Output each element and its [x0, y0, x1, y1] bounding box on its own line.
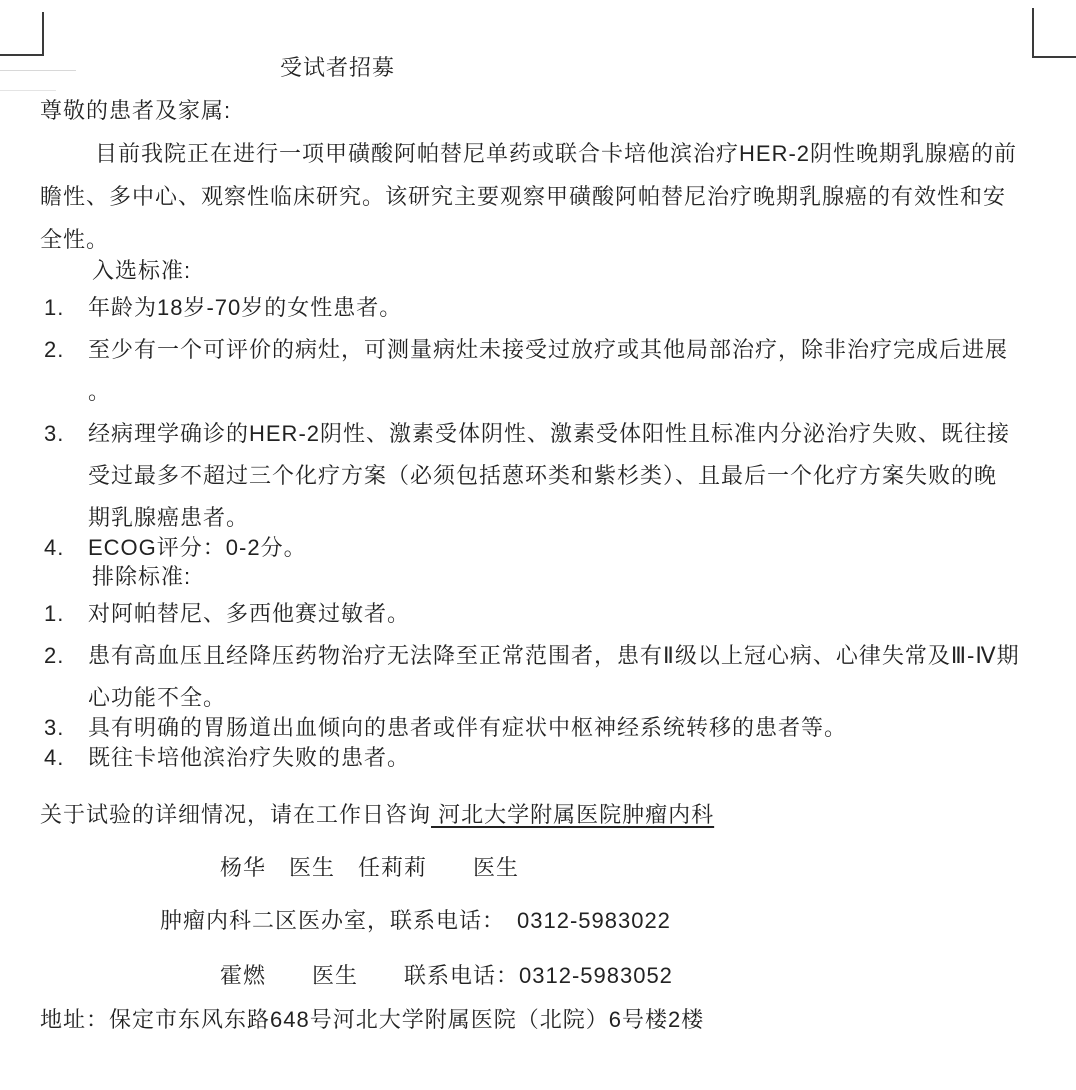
crop-mark-top-right: [1032, 8, 1076, 58]
address-line: 地址：保定市东风东路648号河北大学附属医院（北院）6号楼2楼: [40, 998, 1040, 1042]
intro-paragraph: 目前我院正在进行一项甲磺酸阿帕替尼单药或联合卡培他滨治疗HER-2阴性晚期乳腺癌…: [40, 132, 1040, 261]
scan-artifact-line: [0, 90, 56, 91]
recruitment-notice-page: 受试者招募 尊敬的患者及家属: 目前我院正在进行一项甲磺酸阿帕替尼单药或联合卡培…: [0, 0, 1076, 1090]
list-number: 3.: [40, 413, 88, 539]
list-item-text: 年龄为18岁-70岁的女性患者。: [88, 287, 1040, 329]
scan-artifact-line: [0, 70, 76, 71]
inclusion-criteria-label: 入选标准:: [40, 255, 1040, 287]
exclusion-item-1: 1. 对阿帕替尼、多西他赛过敏者。: [40, 593, 1040, 635]
list-number: 4.: [40, 527, 88, 569]
list-item-text: 对阿帕替尼、多西他赛过敏者。: [88, 593, 1040, 635]
list-item-text: 既往卡培他滨治疗失败的患者。: [88, 737, 1040, 779]
inclusion-item-1: 1. 年龄为18岁-70岁的女性患者。: [40, 287, 1040, 329]
list-number: 4.: [40, 737, 88, 779]
page-title: 受试者招募: [280, 52, 1040, 84]
list-item-text: 经病理学确诊的HER-2阴性、激素受体阴性、激素受体阳性且标准内分泌治疗失败、既…: [88, 413, 1040, 539]
document-body: 受试者招募 尊敬的患者及家属: 目前我院正在进行一项甲磺酸阿帕替尼单药或联合卡培…: [0, 52, 1076, 1042]
office-phone-line: 肿瘤内科二区医办室，联系电话： 0312-5983022: [40, 899, 1040, 943]
list-number: 1.: [40, 593, 88, 635]
inclusion-item-2: 2. 至少有一个可评价的病灶，可测量病灶未接受过放疗或其他局部治疗，除非治疗完成…: [40, 329, 1040, 413]
list-item-text: 至少有一个可评价的病灶，可测量病灶未接受过放疗或其他局部治疗，除非治疗完成后进展…: [88, 329, 1040, 413]
list-number: 1.: [40, 287, 88, 329]
crop-mark-top-left: [0, 12, 44, 56]
list-item-text: ECOG评分：0-2分。: [88, 527, 1040, 569]
doctors-names-line: 杨华 医生 任莉莉 医生: [40, 846, 1040, 890]
inclusion-item-3: 3. 经病理学确诊的HER-2阴性、激素受体阴性、激素受体阳性且标准内分泌治疗失…: [40, 413, 1040, 539]
salutation: 尊敬的患者及家属:: [40, 90, 1040, 132]
inquiry-line: 关于试验的详细情况，请在工作日咨询 河北大学附属医院肿瘤内科: [40, 793, 1040, 837]
inquiry-text: 关于试验的详细情况，请在工作日咨询: [40, 802, 431, 827]
hospital-department-underlined: 河北大学附属医院肿瘤内科: [431, 802, 714, 827]
list-number: 2.: [40, 329, 88, 413]
doctor2-phone-line: 霍燃 医生 联系电话：0312-5983052: [40, 954, 1040, 998]
exclusion-item-4: 4. 既往卡培他滨治疗失败的患者。: [40, 737, 1040, 779]
